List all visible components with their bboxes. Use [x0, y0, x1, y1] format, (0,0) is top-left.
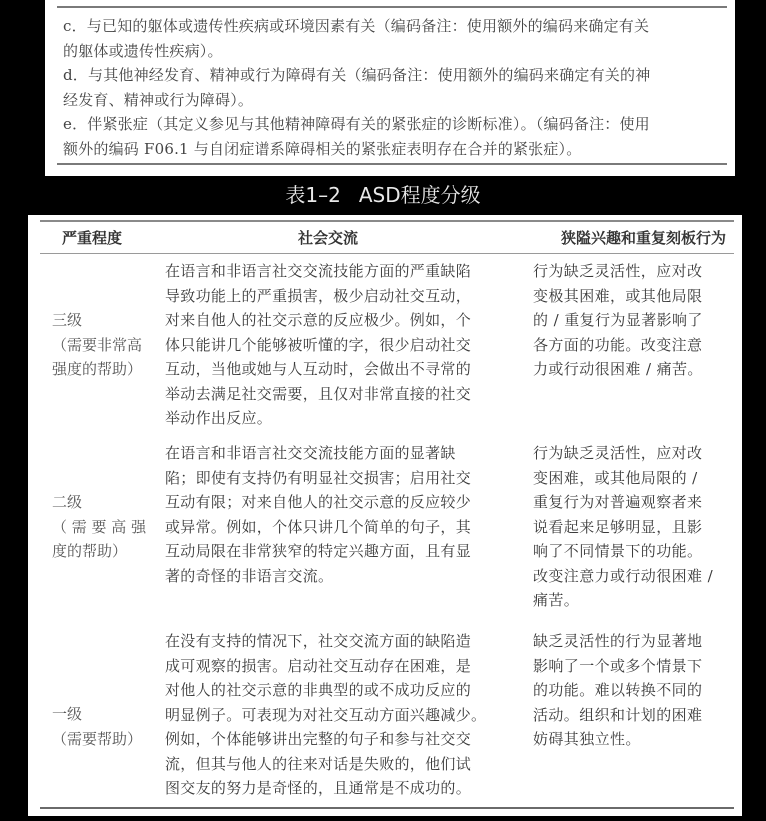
table-title: ASD程度分级 — [359, 183, 481, 207]
severity-line: 一级 — [52, 702, 152, 727]
text-line: 互动，当他或她与人互动时，会做出不寻常的 — [165, 357, 497, 382]
header-restricted-repetitive: 狭隘兴趣和重复刻板行为 — [504, 223, 726, 253]
text-line: 重复行为对普遍观察者来 — [533, 490, 729, 515]
text-line: 影响了一个或多个情景下 — [533, 654, 729, 679]
text-line: 行为缺乏灵活性，应对改 — [533, 441, 729, 466]
text-line: 举动作出反应。 — [165, 406, 497, 431]
text-line: 痛苦。 — [533, 588, 729, 613]
bottom-rule — [57, 163, 727, 165]
text-line: 妨碍其独立性。 — [533, 727, 729, 752]
header-social-communication: 社会交流 — [158, 223, 498, 253]
text-line: 在没有支持的情况下，社交交流方面的缺陷造 — [165, 629, 497, 654]
social-communication-cell: 在语言和非语言社交交流技能方面的显著缺 陷；即使有支持仍有明显社交损害；启用社交… — [165, 441, 497, 588]
text-line: 著的奇怪的非语言交流。 — [165, 564, 497, 589]
text-line: 说看起来足够明显，且影 — [533, 515, 729, 540]
text-line: 行为缺乏灵活性，应对改 — [533, 259, 729, 284]
text-line: 对他人的社交示意的非典型的或不成功反应的 — [165, 678, 497, 703]
severity-line: （需要非常高 — [52, 333, 152, 358]
note-c: c．与已知的躯体或遗传性疾病或环境因素有关（编码备注：使用额外的编码来确定有关 … — [63, 14, 723, 63]
text-line: 举动去满足社交需要，且仅对非常直接的社交 — [165, 382, 497, 407]
note-line: d．与其他神经发育、精神或行为障碍有关（编码备注：使用额外的编码来确定有关的神 — [63, 63, 723, 88]
header-bottom-rule — [40, 253, 734, 254]
severity-line: （ 需 要 高 强 — [52, 515, 152, 540]
header-severity: 严重程度 — [62, 223, 122, 253]
note-line: e．伴紧张症（其定义参见与其他精神障碍有关的紧张症的诊断标准）。（编码备注：使用 — [63, 112, 723, 137]
text-line: 或异常。例如，个体只讲几个简单的句子，其 — [165, 515, 497, 540]
text-line: 改变注意力或行动很困难 / — [533, 564, 729, 589]
text-line: 流，但其与他人的往来对话是失败的，他们试 — [165, 752, 497, 777]
note-line: 经发育、精神或行为障碍）。 — [63, 88, 723, 113]
notes-list: c．与已知的躯体或遗传性疾病或环境因素有关（编码备注：使用额外的编码来确定有关 … — [63, 14, 723, 161]
social-communication-cell: 在没有支持的情况下，社交交流方面的缺陷造 成可观察的损害。启动社交互动存在困难，… — [165, 629, 497, 801]
text-line: 导致功能上的严重损害，极少启动社交互动， — [165, 284, 497, 309]
text-line: 互动局限在非常狭窄的特定兴趣方面，且有显 — [165, 539, 497, 564]
text-line: 体只能讲几个能够被听懂的字，很少启动社交 — [165, 333, 497, 358]
note-line: 额外的编码 F06.1 与自闭症谱系障碍相关的紧张症表明存在合并的紧张症）。 — [63, 137, 723, 162]
table-caption: 表1–2ASD程度分级 — [0, 180, 766, 210]
severity-cell: 二级 （ 需 要 高 强 度的帮助） — [52, 490, 152, 564]
text-line: 互动有限；对来自他人的社交示意的反应较少 — [165, 490, 497, 515]
table-bottom-rule — [40, 807, 734, 809]
severity-line: 三级 — [52, 308, 152, 333]
severity-cell: 三级 （需要非常高 强度的帮助） — [52, 308, 152, 382]
text-line: 力或行动很困难 / 痛苦。 — [533, 357, 729, 382]
text-line: 明显例子。可表现为对社交互动方面兴趣减少。 — [165, 703, 497, 728]
table-number: 表1–2 — [285, 183, 340, 207]
text-line: 陷；即使有支持仍有明显社交损害；启用社交 — [165, 466, 497, 491]
text-line: 成可观察的损害。启动社交互动存在困难，是 — [165, 654, 497, 679]
restricted-repetitive-cell: 行为缺乏灵活性，应对改 变困难，或其他局限的 / 重复行为对普遍观察者来 说看起… — [533, 441, 729, 613]
text-line: 缺乏灵活性的行为显著地 — [533, 629, 729, 654]
severity-line: 度的帮助） — [52, 539, 152, 564]
severity-cell: 一级 （需要帮助） — [52, 702, 152, 751]
text-line: 变困难，或其他局限的 / — [533, 466, 729, 491]
text-line: 例如，个体能够讲出完整的句子和参与社交交 — [165, 727, 497, 752]
asd-severity-table: 严重程度 社会交流 狭隘兴趣和重复刻板行为 三级 （需要非常高 强度的帮助） 在… — [28, 215, 742, 816]
text-line: 活动。组织和计划的困难 — [533, 703, 729, 728]
text-line: 对来自他人的社交示意的反应极少。例如，个 — [165, 308, 497, 333]
text-line: 变极其困难，或其他局限 — [533, 284, 729, 309]
note-e: e．伴紧张症（其定义参见与其他精神障碍有关的紧张症的诊断标准）。（编码备注：使用… — [63, 112, 723, 161]
note-line: 的躯体或遗传性疾病）。 — [63, 39, 723, 64]
severity-line: 二级 — [52, 490, 152, 515]
text-line: 各方面的功能。改变注意 — [533, 333, 729, 358]
text-line: 的功能。难以转换不同的 — [533, 678, 729, 703]
text-line: 的 / 重复行为显著影响了 — [533, 308, 729, 333]
note-d: d．与其他神经发育、精神或行为障碍有关（编码备注：使用额外的编码来确定有关的神 … — [63, 63, 723, 112]
severity-line: （需要帮助） — [52, 727, 152, 752]
notes-panel: c．与已知的躯体或遗传性疾病或环境因素有关（编码备注：使用额外的编码来确定有关 … — [45, 0, 735, 176]
text-line: 响了不同情景下的功能。 — [533, 539, 729, 564]
text-line: 在语言和非语言社交交流技能方面的严重缺陷 — [165, 259, 497, 284]
note-line: c．与已知的躯体或遗传性疾病或环境因素有关（编码备注：使用额外的编码来确定有关 — [63, 14, 723, 39]
text-line: 在语言和非语言社交交流技能方面的显著缺 — [165, 441, 497, 466]
social-communication-cell: 在语言和非语言社交交流技能方面的严重缺陷 导致功能上的严重损害，极少启动社交互动… — [165, 259, 497, 431]
text-line: 图交友的努力是奇怪的，且通常是不成功的。 — [165, 776, 497, 801]
top-rule — [57, 6, 727, 8]
restricted-repetitive-cell: 行为缺乏灵活性，应对改 变极其困难，或其他局限 的 / 重复行为显著影响了 各方… — [533, 259, 729, 382]
severity-line: 强度的帮助） — [52, 357, 152, 382]
header-top-rule — [40, 220, 734, 222]
restricted-repetitive-cell: 缺乏灵活性的行为显著地 影响了一个或多个情景下 的功能。难以转换不同的 活动。组… — [533, 629, 729, 752]
